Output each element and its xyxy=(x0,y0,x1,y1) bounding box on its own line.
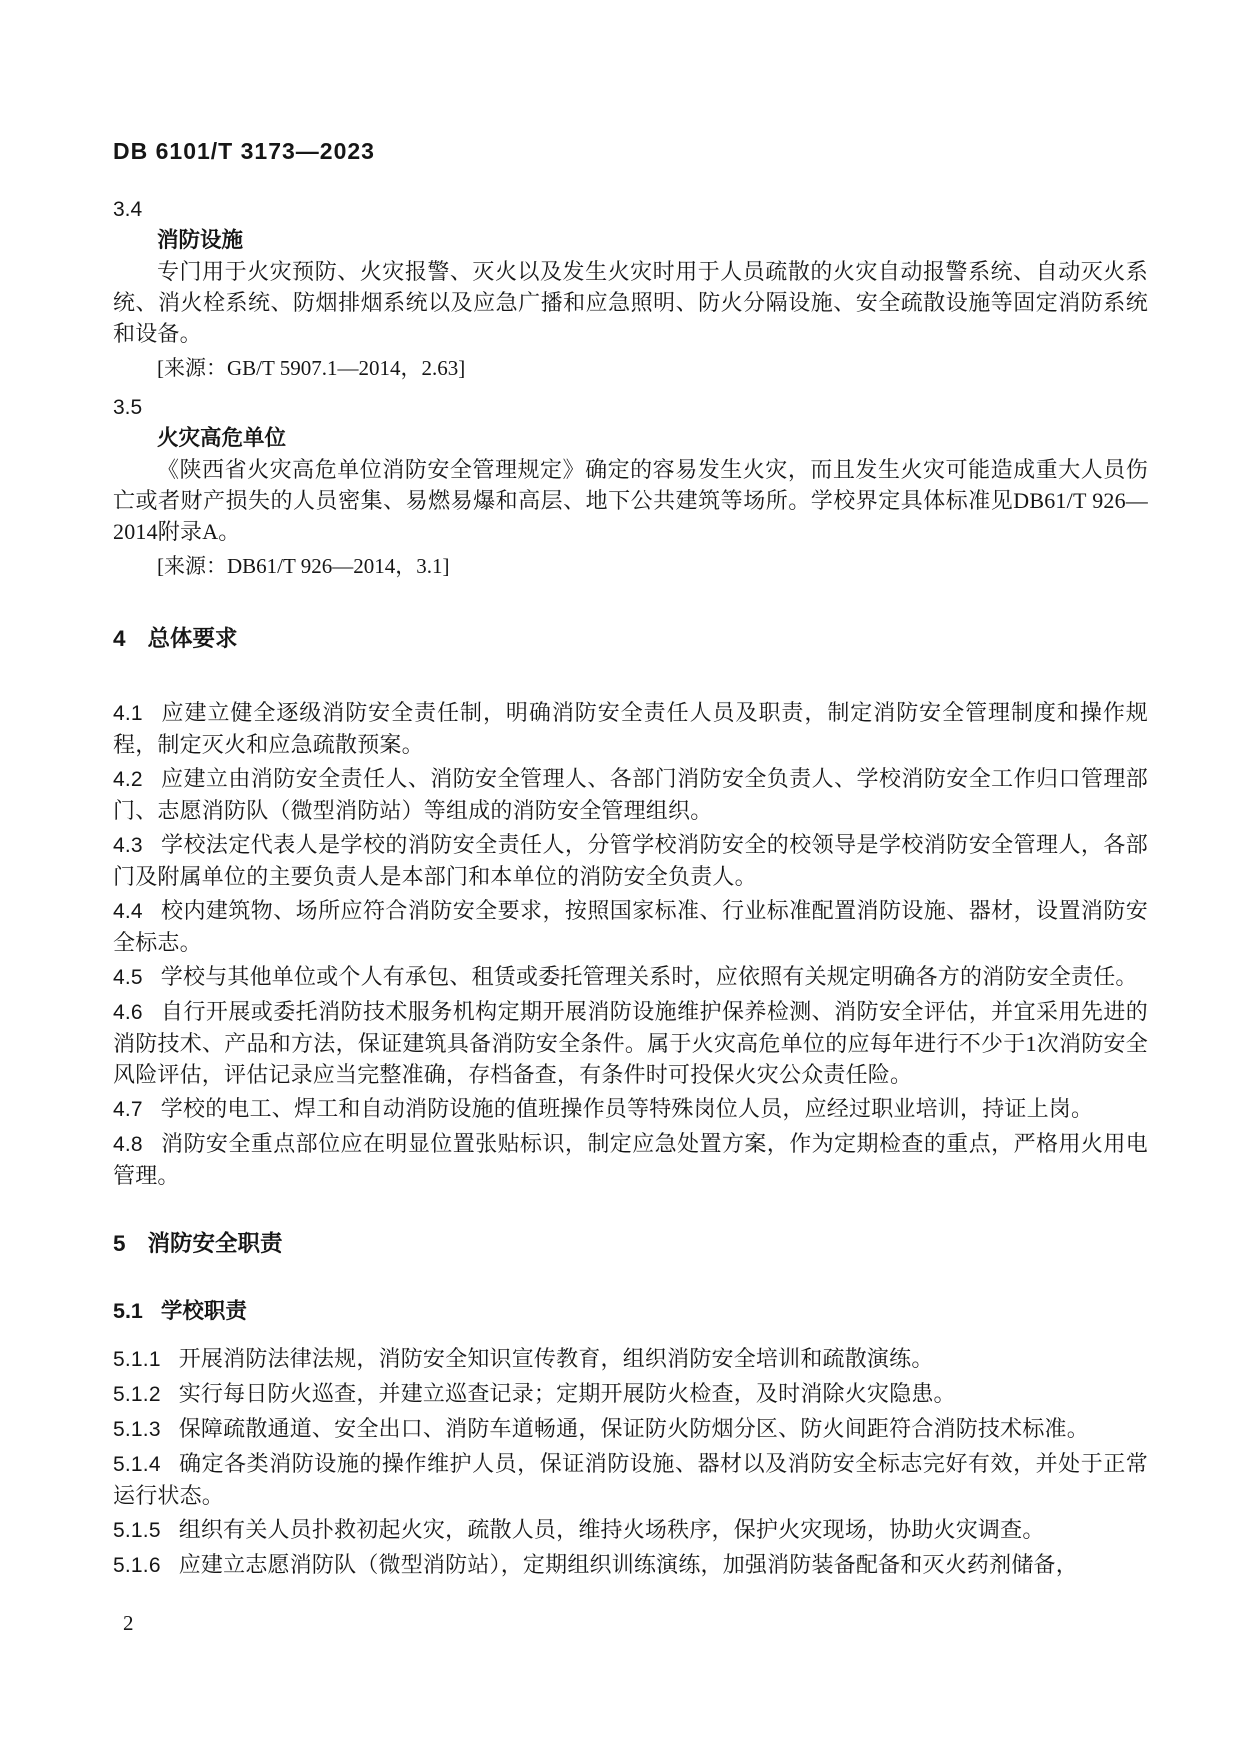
clause-number: 4.6 xyxy=(113,1001,143,1024)
clause-4-6: 4.6自行开展或委托消防技术服务机构定期开展消防设施维护保养检测、消防安全评估，… xyxy=(113,996,1148,1090)
section-5-heading: 5消防安全职责 xyxy=(113,1227,1148,1260)
clause-number: 5.1.2 xyxy=(113,1383,161,1406)
clause-4-2: 4.2应建立由消防安全责任人、消防安全管理人、各部门消防安全负责人、学校消防安全… xyxy=(113,763,1148,826)
clause-text: 应建立志愿消防队（微型消防站），定期组织训练演练，加强消防装备配备和灭火药剂储备… xyxy=(179,1552,1078,1577)
clause-number: 4.5 xyxy=(113,966,143,989)
clause-4-1: 4.1应建立健全逐级消防安全责任制，明确消防安全责任人员及职责，制定消防安全管理… xyxy=(113,697,1148,760)
term-number: 3.4 xyxy=(113,194,1148,225)
clause-4-4: 4.4校内建筑物、场所应符合消防安全要求，按照国家标准、行业标准配置消防设施、器… xyxy=(113,895,1148,958)
clause-number: 5.1.4 xyxy=(113,1453,161,1476)
clause-number: 5.1.5 xyxy=(113,1519,161,1542)
section-title: 消防安全职责 xyxy=(148,1231,283,1256)
subsection-number: 5.1 xyxy=(113,1299,143,1323)
term-section-3-4: 3.4 消防设施 专门用于火灾预防、火灾报警、灭火以及发生火灾时用于人员疏散的火… xyxy=(113,194,1148,384)
clause-5-1-1: 5.1.1开展消防法律法规，消防安全知识宣传教育，组织消防安全培训和疏散演练。 xyxy=(113,1343,1148,1375)
clause-number: 4.3 xyxy=(113,834,143,857)
subsection-5-1-heading: 5.1学校职责 xyxy=(113,1296,1148,1327)
term-definition: 专门用于火灾预防、火灾报警、灭火以及发生火灾时用于人员疏散的火灾自动报警系统、自… xyxy=(113,256,1148,349)
clause-number: 5.1.3 xyxy=(113,1418,161,1441)
section-title: 总体要求 xyxy=(148,626,238,651)
section-number: 4 xyxy=(113,626,126,651)
clause-text: 应建立健全逐级消防安全责任制，明确消防安全责任人员及职责，制定消防安全管理制度和… xyxy=(113,700,1148,757)
source-note: [来源：DB61/T 926—2014，3.1] xyxy=(113,551,1148,582)
clause-4-7: 4.7学校的电工、焊工和自动消防设施的值班操作员等特殊岗位人员，应经过职业培训，… xyxy=(113,1093,1148,1125)
clause-text: 实行每日防火巡查，并建立巡查记录；定期开展防火检查，及时消除火灾隐患。 xyxy=(179,1381,956,1406)
term-title: 火灾高危单位 xyxy=(113,423,1148,454)
clause-number: 4.1 xyxy=(113,702,143,725)
clause-5-1-4: 5.1.4确定各类消防设施的操作维护人员，保证消防设施、器材以及消防安全标志完好… xyxy=(113,1448,1148,1511)
clause-4-8: 4.8消防安全重点部位应在明显位置张贴标识，制定应急处置方案，作为定期检查的重点… xyxy=(113,1128,1148,1191)
clause-number: 4.2 xyxy=(113,768,143,791)
clause-text: 开展消防法律法规，消防安全知识宣传教育，组织消防安全培训和疏散演练。 xyxy=(179,1346,934,1371)
page-content: DB 6101/T 3173—2023 3.4 消防设施 专门用于火灾预防、火灾… xyxy=(113,138,1148,1584)
standard-number-header: DB 6101/T 3173—2023 xyxy=(113,138,1148,164)
section-number: 5 xyxy=(113,1231,126,1256)
term-definition: 《陕西省火灾高危单位消防安全管理规定》确定的容易发生火灾，而且发生火灾可能造成重… xyxy=(113,454,1148,547)
section-4-heading: 4总体要求 xyxy=(113,622,1148,655)
clause-5-1-3: 5.1.3保障疏散通道、安全出口、消防车道畅通，保证防火防烟分区、防火间距符合消… xyxy=(113,1413,1148,1445)
clause-text: 保障疏散通道、安全出口、消防车道畅通，保证防火防烟分区、防火间距符合消防技术标准… xyxy=(179,1416,1089,1441)
clause-text: 校内建筑物、场所应符合消防安全要求，按照国家标准、行业标准配置消防设施、器材，设… xyxy=(113,898,1148,955)
term-section-3-5: 3.5 火灾高危单位 《陕西省火灾高危单位消防安全管理规定》确定的容易发生火灾，… xyxy=(113,392,1148,582)
clause-number: 4.8 xyxy=(113,1133,143,1156)
source-note: [来源：GB/T 5907.1—2014，2.63] xyxy=(113,353,1148,384)
clause-text: 组织有关人员扑救初起火灾，疏散人员，维持火场秩序，保护火灾现场，协助火灾调查。 xyxy=(179,1517,1045,1542)
term-title: 消防设施 xyxy=(113,225,1148,256)
clause-text: 学校与其他单位或个人有承包、租赁或委托管理关系时，应依照有关规定明确各方的消防安… xyxy=(161,964,1138,989)
term-number: 3.5 xyxy=(113,392,1148,423)
clause-text: 应建立由消防安全责任人、消防安全管理人、各部门消防安全负责人、学校消防安全工作归… xyxy=(113,766,1148,823)
clause-5-1-2: 5.1.2实行每日防火巡查，并建立巡查记录；定期开展防火检查，及时消除火灾隐患。 xyxy=(113,1378,1148,1410)
clause-4-3: 4.3学校法定代表人是学校的消防安全责任人，分管学校消防安全的校领导是学校消防安… xyxy=(113,829,1148,892)
document-page: DB 6101/T 3173—2023 3.4 消防设施 专门用于火灾预防、火灾… xyxy=(0,0,1241,1754)
clause-text: 消防安全重点部位应在明显位置张贴标识，制定应急处置方案，作为定期检查的重点，严格… xyxy=(113,1131,1148,1188)
subsection-title: 学校职责 xyxy=(161,1299,247,1323)
clause-text: 学校的电工、焊工和自动消防设施的值班操作员等特殊岗位人员，应经过职业培训，持证上… xyxy=(161,1096,1093,1121)
clause-number: 5.1.6 xyxy=(113,1554,161,1577)
clause-text: 确定各类消防设施的操作维护人员，保证消防设施、器材以及消防安全标志完好有效，并处… xyxy=(113,1451,1148,1508)
clause-4-5: 4.5学校与其他单位或个人有承包、租赁或委托管理关系时，应依照有关规定明确各方的… xyxy=(113,961,1148,993)
clause-number: 4.4 xyxy=(113,900,143,923)
clause-5-1-6: 5.1.6应建立志愿消防队（微型消防站），定期组织训练演练，加强消防装备配备和灭… xyxy=(113,1549,1148,1581)
clause-text: 自行开展或委托消防技术服务机构定期开展消防设施维护保养检测、消防安全评估，并宜采… xyxy=(113,999,1148,1087)
clause-5-1-5: 5.1.5组织有关人员扑救初起火灾，疏散人员，维持火场秩序，保护火灾现场，协助火… xyxy=(113,1514,1148,1546)
page-number: 2 xyxy=(123,1608,134,1639)
clause-text: 学校法定代表人是学校的消防安全责任人，分管学校消防安全的校领导是学校消防安全管理… xyxy=(113,832,1148,889)
clause-number: 4.7 xyxy=(113,1098,143,1121)
clause-number: 5.1.1 xyxy=(113,1348,161,1371)
